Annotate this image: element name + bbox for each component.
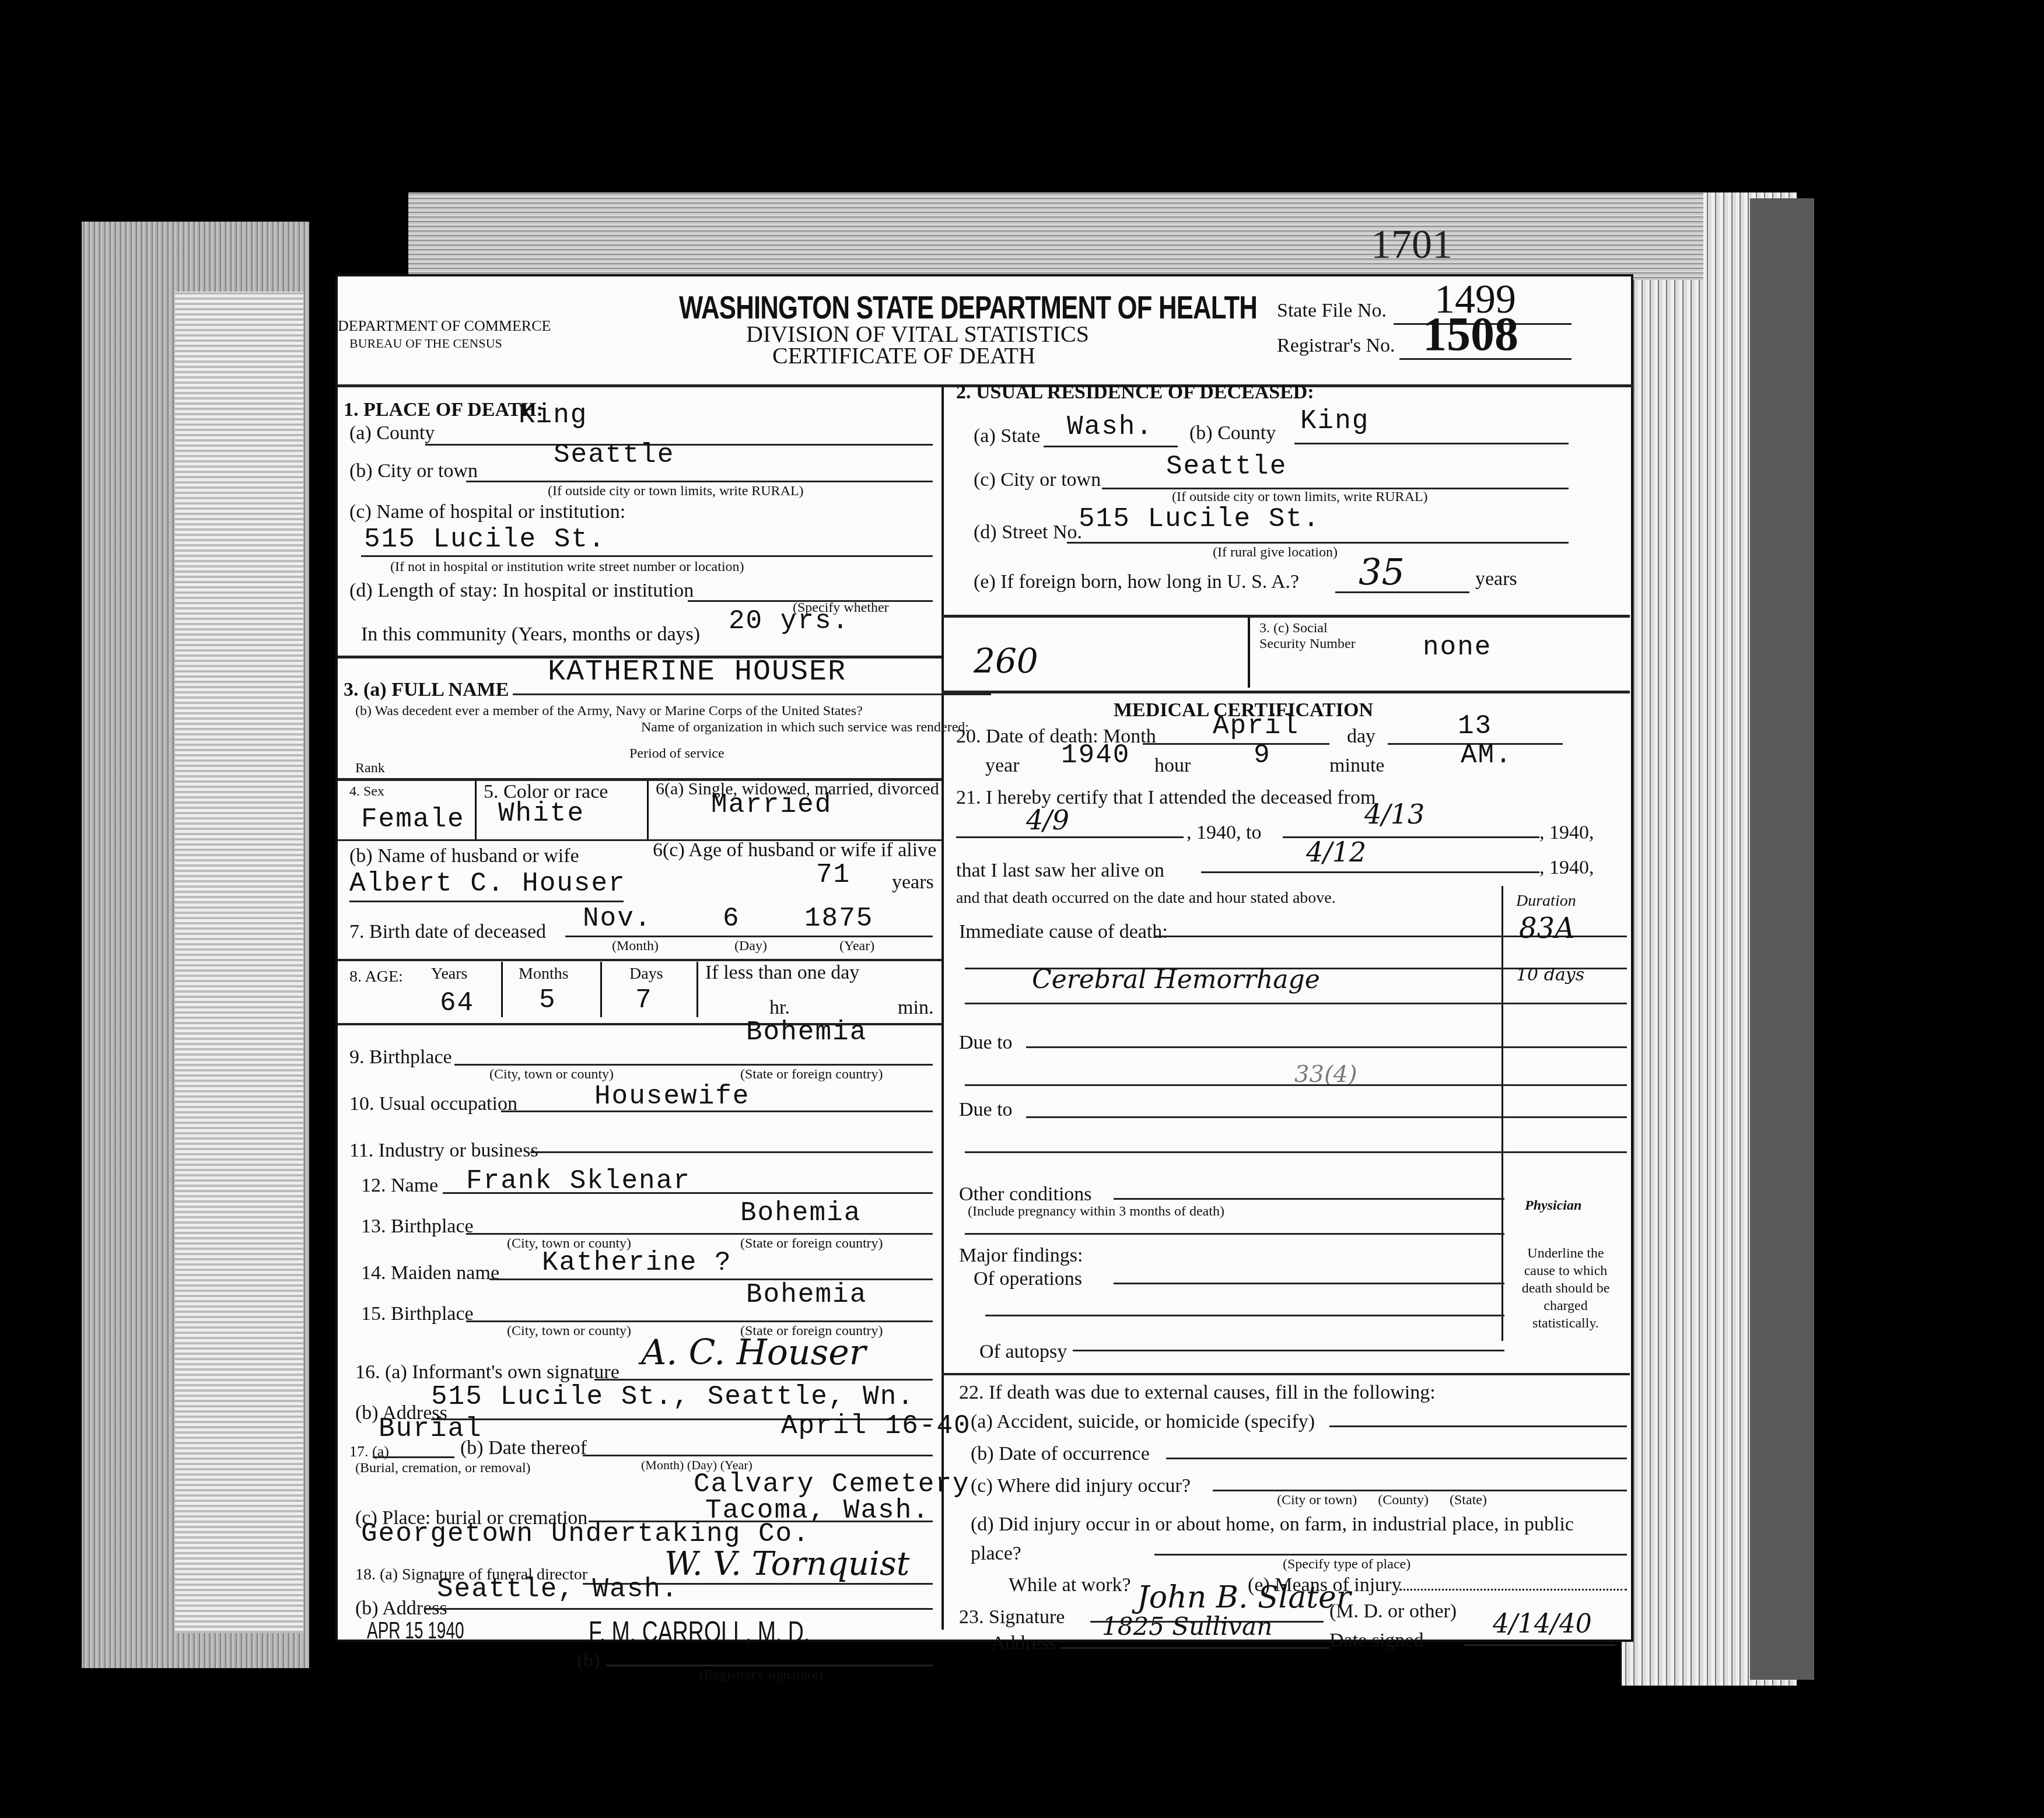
- spouse-label: (b) Name of husband or wife: [349, 845, 579, 867]
- spouse-age-suffix: years: [892, 871, 934, 894]
- of-operations-label: Of operations: [974, 1268, 1082, 1290]
- military-question: (b) Was decedent ever a member of the Ar…: [355, 702, 939, 720]
- registrar-number: 1508: [1423, 307, 1518, 362]
- physician-note-title: Physician: [1525, 1198, 1581, 1214]
- external-c-label: (c) Where did injury occur?: [971, 1475, 1191, 1497]
- cause-duration: 10 days: [1516, 965, 1584, 985]
- father-name-label: 12. Name: [361, 1175, 438, 1197]
- mother-maiden-name: Katherine ?: [542, 1248, 732, 1278]
- date-signed: 4/14/40: [1493, 1609, 1592, 1639]
- age-months-label: Months: [519, 965, 569, 983]
- external-a-label: (a) Accident, suicide, or homicide (spec…: [971, 1411, 1315, 1433]
- registrar-signature: F. M. CARROLL, M. D.: [589, 1615, 810, 1649]
- age-years-label: Years: [431, 965, 468, 983]
- death-minute: AM.: [1461, 740, 1513, 770]
- death-month: April: [1213, 711, 1299, 741]
- state-file-label: State File No.: [1277, 300, 1387, 322]
- last-seen-year: , 1940,: [1539, 857, 1594, 879]
- physician-signature: John B. Slater: [1137, 1580, 1351, 1615]
- form-name: CERTIFICATE OF DEATH: [772, 342, 1035, 369]
- birth-day: 6: [723, 903, 740, 934]
- street-hint: (If rural give location): [1213, 545, 1338, 561]
- cause-label: Immediate cause of death:: [959, 921, 1168, 943]
- marital-status: Married: [711, 790, 832, 820]
- birth-date-label: 7. Birth date of deceased: [349, 921, 546, 943]
- disposition-date-label: (b) Date thereof: [460, 1437, 587, 1459]
- registrar-sig-hint: (Registrar's signature): [699, 1668, 823, 1683]
- agency-line-1: DEPARTMENT OF COMMERCE: [338, 317, 551, 335]
- birthplace-city-hint: (City, town or county): [489, 1067, 614, 1083]
- birthplace-value: Bohemia: [746, 1017, 867, 1048]
- last-seen-date: 4/12: [1306, 836, 1366, 868]
- period-of-service-label: Period of service: [629, 746, 724, 762]
- mother-birthplace-label: 15. Birthplace: [361, 1303, 474, 1325]
- birth-year: 1875: [804, 903, 873, 934]
- sex-label: 4. Sex: [349, 784, 384, 800]
- death-hour-label: hour: [1154, 755, 1191, 777]
- mother-birthplace: Bohemia: [746, 1280, 867, 1310]
- min-label: min.: [898, 997, 933, 1019]
- birthplace-country-hint: (State or foreign country): [740, 1067, 883, 1083]
- residence-heading: 2. USUAL RESIDENCE OF DECEASED:: [956, 381, 1314, 404]
- military-org-label: Name of organization in which such servi…: [641, 720, 969, 735]
- residence-state: Wash.: [1067, 412, 1153, 442]
- physician-note: Underline the cause to which death shoul…: [1516, 1245, 1615, 1332]
- full-name: KATHERINE HOUSER: [548, 656, 846, 689]
- place-of-death-heading: 1. PLACE OF DEATH:: [344, 399, 543, 421]
- sex-value: Female: [361, 804, 465, 835]
- race-value: White: [498, 798, 584, 829]
- age-label: 8. AGE:: [349, 968, 403, 986]
- attended-to-year: , 1940,: [1539, 822, 1594, 844]
- death-certificate: DEPARTMENT OF COMMERCE BUREAU OF THE CEN…: [335, 274, 1633, 1642]
- due-to-label-1: Due to: [959, 1032, 1013, 1054]
- death-year-label: year: [985, 755, 1020, 777]
- certify-label: 21. I hereby certify that I attended the…: [956, 787, 1375, 809]
- other-conditions-hint: (Include pregnancy within 3 months of de…: [968, 1204, 1224, 1220]
- city-hint: (If outside city or town limits, write R…: [548, 484, 804, 499]
- residence-county: King: [1300, 406, 1369, 436]
- community-stay: 20 yrs.: [729, 606, 849, 636]
- major-findings-label: Major findings:: [959, 1245, 1083, 1267]
- attended-from-year: , 1940, to: [1186, 822, 1261, 844]
- foreign-born-label: (e) If foreign born, how long in U. S. A…: [974, 571, 1299, 593]
- death-hour: 9: [1254, 740, 1271, 770]
- age-days-label: Days: [629, 965, 663, 983]
- duration-label: Duration: [1516, 892, 1576, 910]
- death-year: 1940: [1061, 740, 1130, 770]
- md-or-other-label: (M. D. or other): [1329, 1600, 1457, 1623]
- registrar-number-label: Registrar's No.: [1277, 335, 1395, 357]
- age-days: 7: [635, 985, 653, 1015]
- occupation-value: Housewife: [594, 1081, 750, 1112]
- physician-address-label: Address: [991, 1633, 1056, 1655]
- last-seen-label: that I last saw her alive on: [956, 860, 1164, 882]
- attended-from: 4/9: [1026, 804, 1069, 836]
- state-label: (a) State: [974, 425, 1040, 447]
- funeral-director-signature: W. V. Tornquist: [664, 1545, 909, 1583]
- death-day-label: day: [1347, 726, 1375, 748]
- month-hint: (Month): [612, 938, 659, 954]
- other-conditions-label: Other conditions: [959, 1183, 1092, 1206]
- physician-signature-label: 23. Signature: [959, 1606, 1065, 1628]
- external-d-hint: (Specify type of place): [1283, 1557, 1410, 1572]
- father-birthplace-label: 13. Birthplace: [361, 1215, 474, 1238]
- cause-code: 83A: [1519, 912, 1575, 945]
- death-city: Seattle: [554, 440, 674, 470]
- residence-city: Seattle: [1166, 451, 1287, 482]
- disposition-type-hint: (Burial, cremation, or removal): [355, 1460, 531, 1476]
- spouse-age: 71: [816, 860, 850, 890]
- name-annotation: 260: [974, 641, 1038, 681]
- while-at-work-label: While at work?: [1009, 1574, 1131, 1596]
- physician-address: 1825 Sullivan: [1102, 1612, 1272, 1641]
- disposition-date: April 16-40: [781, 1411, 971, 1441]
- external-b-label: (b) Date of occurrence: [971, 1443, 1150, 1465]
- agency-line-2: BUREAU OF THE CENSUS: [349, 336, 502, 351]
- death-hospital: 515 Lucile St.: [364, 524, 605, 555]
- informant-signature-label: 16. (a) Informant's own signature: [355, 1361, 619, 1383]
- birth-month: Nov.: [583, 903, 652, 934]
- stated-label: and that death occurred on the date and …: [956, 889, 1336, 908]
- spouse-name: Albert C. Houser: [349, 868, 626, 899]
- residence-city-label: (c) City or town: [974, 469, 1101, 491]
- birthplace-label: 9. Birthplace: [349, 1046, 452, 1069]
- less-than-day-label: If less than one day: [705, 962, 859, 984]
- spouse-age-label: 6(c) Age of husband or wife if alive: [653, 839, 936, 861]
- attended-to: 4/13: [1364, 798, 1424, 830]
- residence-street: 515 Lucile St.: [1079, 504, 1320, 534]
- full-name-label: 3. (a) FULL NAME: [344, 679, 509, 701]
- external-c-hint: (City or town) (County) (State): [1277, 1493, 1487, 1508]
- ssn-value: none: [1423, 632, 1492, 663]
- father-country-hint: (State or foreign country): [740, 1236, 883, 1252]
- death-minute-label: minute: [1329, 755, 1384, 777]
- city-label: (b) City or town: [349, 460, 478, 482]
- sheet-number: 1701: [1371, 222, 1452, 268]
- adjacent-page-edge-left: [175, 292, 303, 1633]
- death-county: King: [519, 400, 587, 430]
- immediate-cause: Cerebral Hemorrhage: [1032, 965, 1320, 994]
- mother-city-hint: (City, town or county): [507, 1323, 631, 1339]
- age-years: 64: [440, 988, 474, 1018]
- binding-edge-right: [1750, 198, 1814, 1680]
- external-causes-heading: 22. If death was due to external causes,…: [959, 1382, 1436, 1404]
- informant-address: 515 Lucile St., Seattle, Wn.: [431, 1382, 915, 1412]
- hr-label: hr.: [769, 997, 790, 1019]
- informant-signature: A. C. Houser: [641, 1332, 866, 1373]
- death-day: 13: [1458, 711, 1492, 741]
- funeral-director-address: Seattle, Wash.: [437, 1574, 678, 1605]
- due-to-label-2: Due to: [959, 1099, 1013, 1121]
- years-suffix: years: [1475, 568, 1517, 590]
- industry-label: 11. Industry or business: [349, 1140, 538, 1162]
- registrar-sig-label: (b): [577, 1650, 600, 1672]
- street-label: (d) Street No.: [974, 521, 1082, 544]
- of-autopsy-label: Of autopsy: [979, 1341, 1067, 1363]
- residence-city-hint: (If outside city or town limits, write R…: [1172, 489, 1428, 505]
- mother-maiden-label: 14. Maiden name: [361, 1262, 499, 1284]
- father-birthplace: Bohemia: [740, 1198, 861, 1228]
- rank-label: Rank: [355, 761, 385, 776]
- years-in-usa: 35: [1359, 551, 1405, 593]
- residence-county-label: (b) County: [1189, 422, 1276, 444]
- county-label: (a) County: [349, 422, 435, 444]
- community-label: In this community (Years, months or days…: [361, 623, 700, 646]
- date-signed-label: Date signed: [1329, 1630, 1423, 1652]
- age-months: 5: [539, 985, 556, 1015]
- underlying-sheet: [408, 192, 1703, 280]
- hospital-hint: (If not in hospital or institution write…: [390, 559, 744, 575]
- day-hint: (Day): [734, 938, 767, 954]
- year-hint: (Year): [839, 938, 874, 954]
- ssn-label: 3. (c) Social Security Number: [1259, 621, 1376, 652]
- hospital-label: (c) Name of hospital or institution:: [349, 501, 625, 523]
- stay-label: (d) Length of stay: In hospital or insti…: [349, 580, 694, 602]
- occupation-label: 10. Usual occupation: [349, 1093, 517, 1115]
